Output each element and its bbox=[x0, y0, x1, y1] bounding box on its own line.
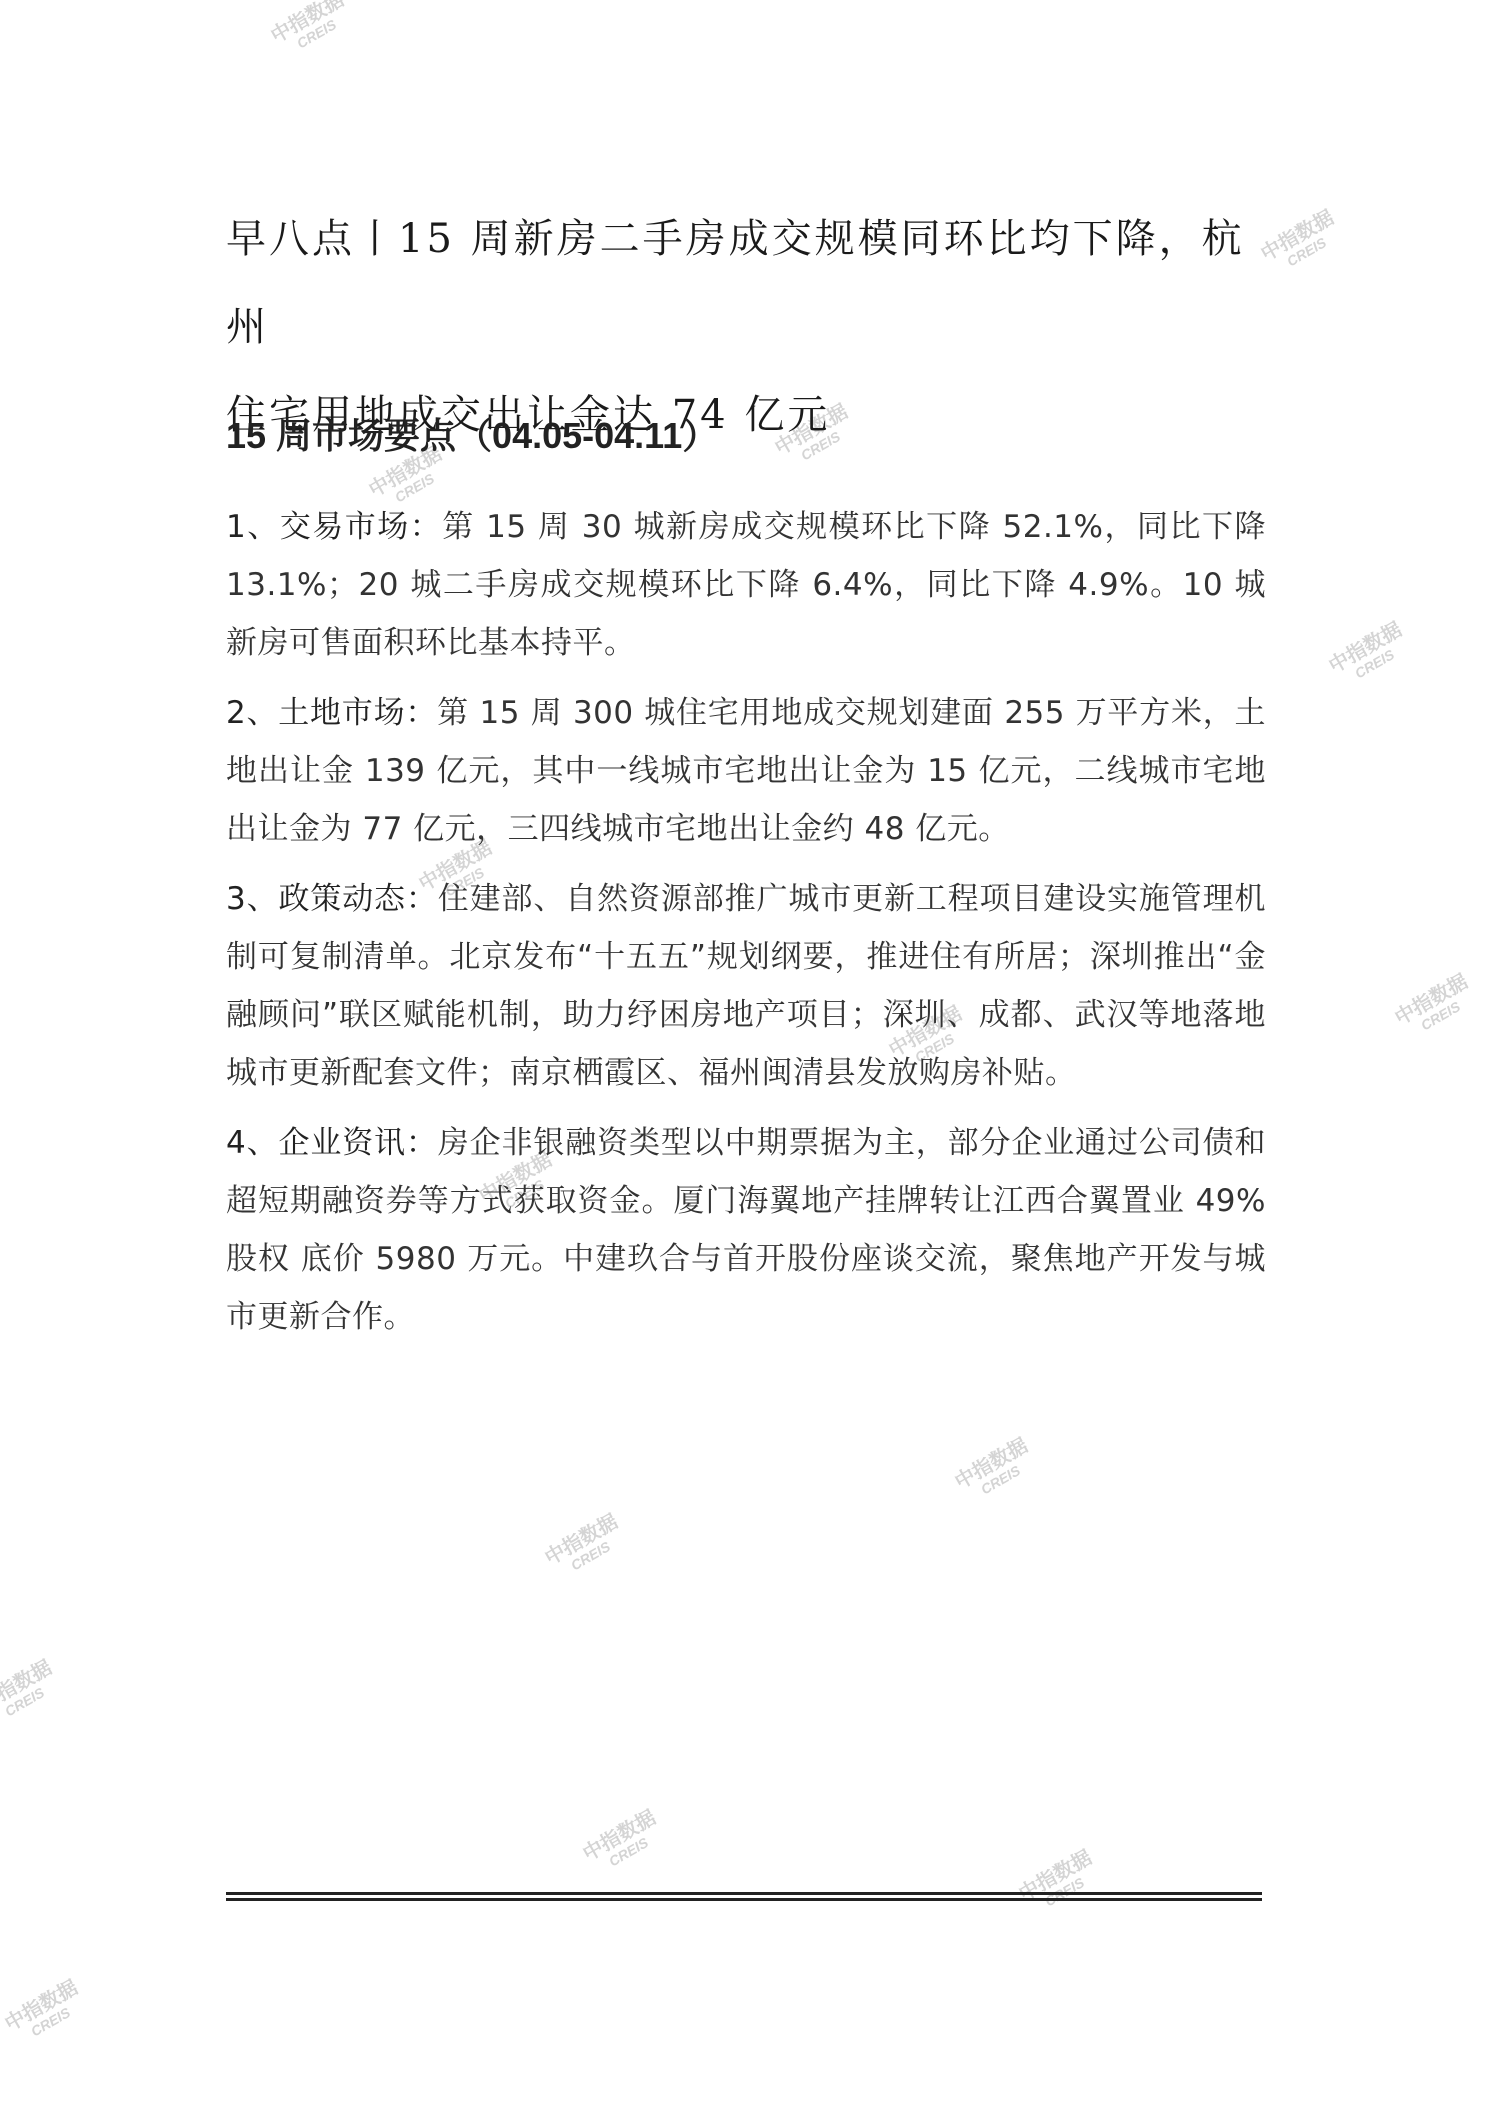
key-point-label: 4、企业资讯： bbox=[226, 1125, 438, 1161]
watermark: 中指数据 CREIS bbox=[1392, 972, 1479, 1043]
key-point-label: 1、交易市场： bbox=[226, 509, 442, 545]
watermark: 中指数据 CREIS bbox=[1016, 1848, 1103, 1919]
key-point-label: 3、政策动态： bbox=[226, 881, 438, 917]
key-point-policy: 3、政策动态：住建部、自然资源部推广城市更新工程项目建设实施管理机制可复制清单。… bbox=[226, 870, 1266, 1102]
footer-double-rule bbox=[226, 1892, 1262, 1901]
key-point-trading-market: 1、交易市场：第 15 周 30 城新房成交规模环比下降 52.1%，同比下降 … bbox=[226, 498, 1266, 672]
key-point-enterprise: 4、企业资讯：房企非银融资类型以中期票据为主，部分企业通过公司债和超短期融资券等… bbox=[226, 1114, 1266, 1346]
key-points-list: 1、交易市场：第 15 周 30 城新房成交规模环比下降 52.1%，同比下降 … bbox=[226, 498, 1266, 1358]
watermark: 中指数据 CREIS bbox=[952, 1436, 1039, 1507]
key-point-label: 2、土地市场： bbox=[226, 695, 437, 731]
document-page: 中指数据 CREIS 中指数据 CREIS 中指数据 CREIS 中指数据 CR… bbox=[0, 0, 1488, 2104]
title-line-1: 早八点丨15 周新房二手房成交规模同环比均下降，杭州 bbox=[226, 216, 1245, 350]
watermark: 中指数据 CREIS bbox=[2, 1978, 89, 2049]
watermark: 中指数据 CREIS bbox=[542, 1512, 629, 1583]
watermark: 中指数据 CREIS bbox=[1326, 620, 1413, 691]
watermark: 中指数据 CREIS bbox=[580, 1808, 667, 1879]
section-heading: 15 周市场要点（04.05-04.11） bbox=[226, 408, 718, 459]
watermark: 中指数据 CREIS bbox=[1258, 208, 1345, 279]
key-point-land-market: 2、土地市场：第 15 周 300 城住宅用地成交规划建面 255 万平方米，土… bbox=[226, 684, 1266, 858]
watermark: 中指数据 CREIS bbox=[0, 1658, 64, 1729]
watermark: 中指数据 CREIS bbox=[268, 0, 355, 62]
